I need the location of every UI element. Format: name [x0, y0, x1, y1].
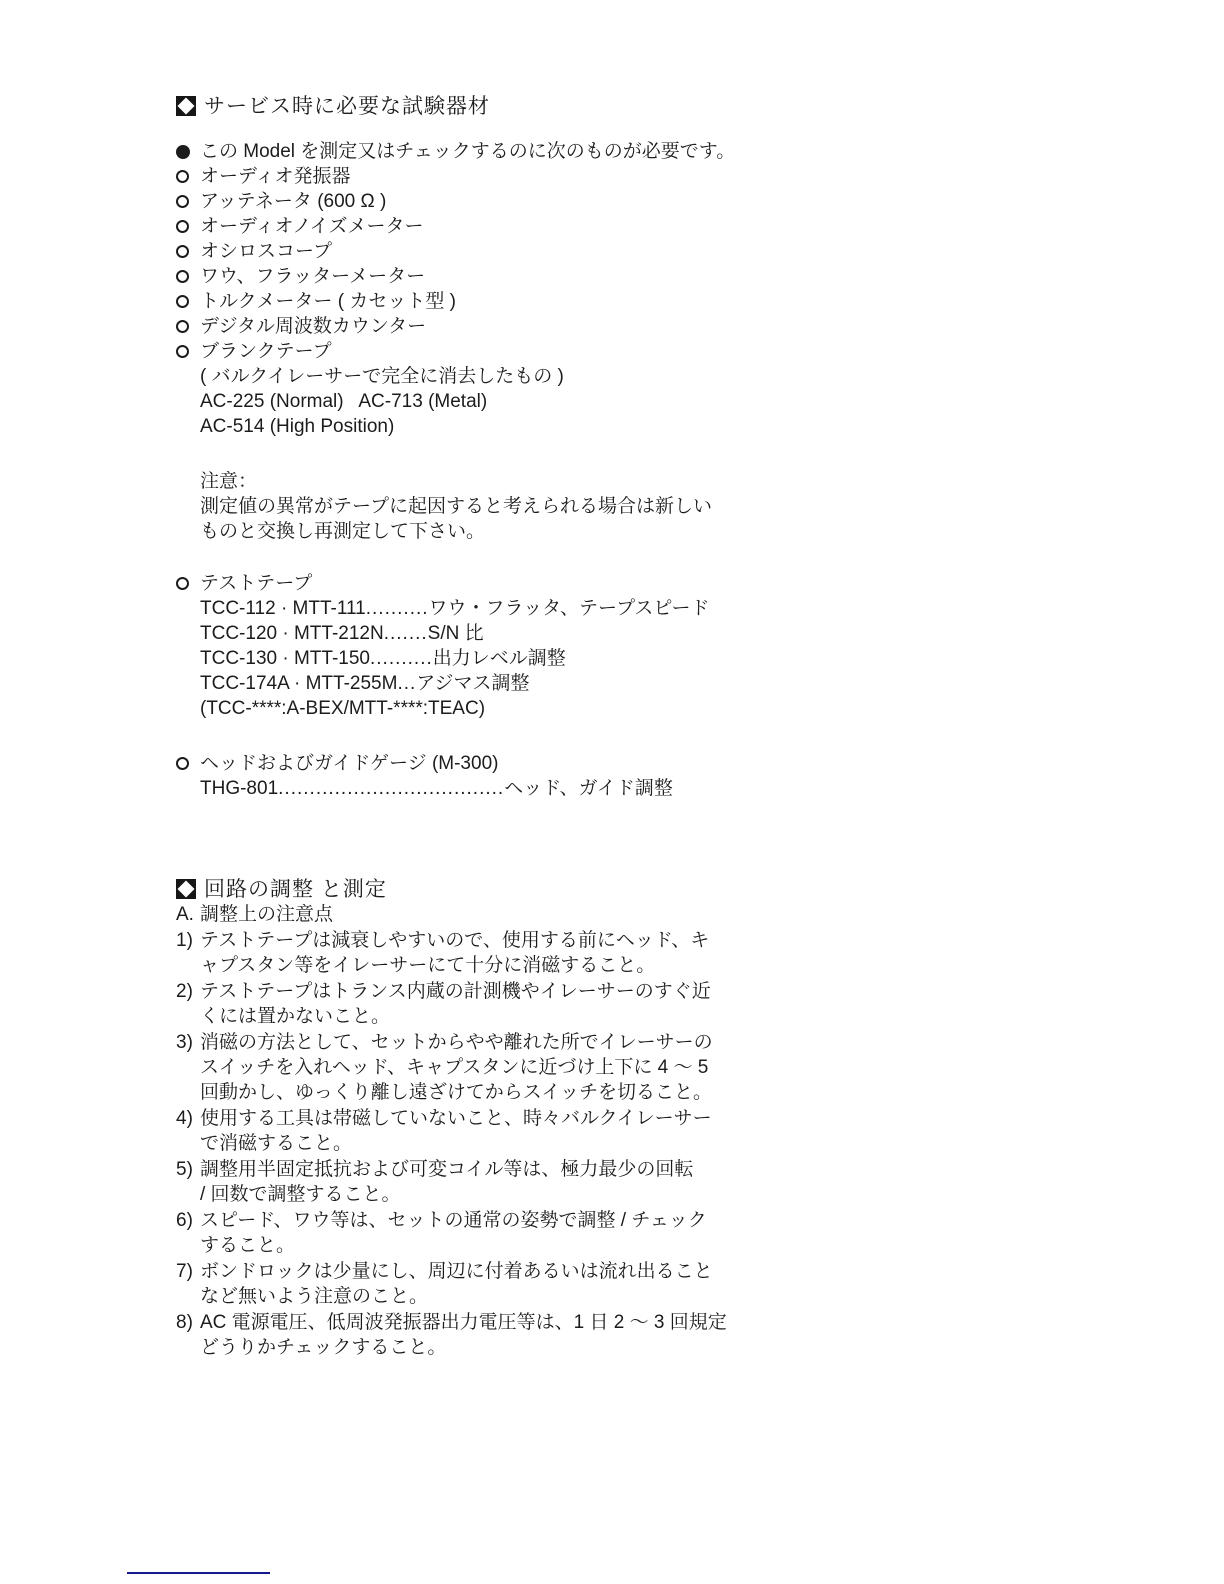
equipment-item-label: デジタル周波数カウンター: [200, 314, 426, 339]
note-number: 7): [176, 1259, 200, 1284]
subheading-letter: A.: [176, 902, 200, 927]
tape-model: TCC-130 · MTT-150: [200, 648, 370, 669]
note-line: すること。: [200, 1233, 707, 1258]
note-line: 消磁の方法として、セットからやや離れた所でイレーサーの: [200, 1030, 713, 1055]
equipment-item-label: ブランクテープ: [200, 339, 332, 364]
note-number: 8): [176, 1310, 200, 1335]
tape-model: TCC-112 · MTT-111: [200, 598, 366, 619]
note-item: 2) テストテープはトランス内蔵の計測機やイレーサーのすぐ近 くには置かないこと…: [176, 979, 716, 1029]
note-line: / 回数で調整すること。: [200, 1182, 693, 1207]
footer-divider-rule: [127, 1572, 270, 1574]
note-line: くには置かないこと。: [200, 1004, 711, 1029]
equipment-item-label: オーディオ発振器: [200, 164, 350, 189]
open-circle-bullet: [176, 757, 189, 770]
section-title: 回路の調整 と測定: [204, 877, 387, 902]
note-item: 3) 消磁の方法として、セットからやや離れた所でイレーサーの スイッチを入れヘッ…: [176, 1030, 716, 1105]
note-line: で消磁すること。: [200, 1131, 712, 1156]
equipment-item: ワウ、フラッターメーター: [176, 264, 716, 289]
leader-dots: .......: [384, 623, 428, 644]
tape-model: TCC-174A · MTT-255M: [200, 673, 397, 694]
equipment-item: ブランクテープ: [176, 339, 716, 364]
note-number: 5): [176, 1157, 200, 1182]
test-tape-group: テストテープ TCC-112 · MTT-111..........ワウ・フラッ…: [176, 571, 716, 721]
note-line: スピード、ワウ等は、セットの通常の姿勢で調整 / チェック: [200, 1208, 707, 1233]
note-line: ボンドロックは少量にし、周辺に付着あるいは流れ出ること: [200, 1259, 713, 1284]
document-page: サービス時に必要な試験器材 この Model を測定又はチェックするのに次のもの…: [176, 94, 716, 1360]
open-circle-bullet: [176, 295, 189, 308]
equipment-item: オシロスコープ: [176, 239, 716, 264]
diamond-square-icon: [176, 879, 196, 899]
equipment-item-label: オーディオノイズメーター: [200, 214, 423, 239]
blank-tape-types-2: AC-514 (High Position): [200, 414, 716, 439]
open-circle-bullet: [176, 170, 189, 183]
subheading-text: 調整上の注意点: [200, 902, 333, 927]
test-tape-row: TCC-120 · MTT-212N.......S/N 比: [200, 621, 716, 646]
equipment-item: アッテネータ (600 Ω ): [176, 189, 716, 214]
caution-note: 注意： 測定値の異常がテープに起因すると考えられる場合は新しい ものと交換し再測…: [200, 469, 716, 544]
leader-dots: ...: [397, 673, 416, 694]
diamond-square-icon: [176, 96, 196, 116]
head-gauge-row: THG-801.................................…: [200, 776, 716, 801]
section-title: サービス時に必要な試験器材: [204, 94, 490, 119]
tape-purpose: アジマス調整: [416, 673, 529, 694]
note-number: 2): [176, 979, 200, 1004]
blank-tape-details: ( バルクイレーサーで完全に消去したもの ) AC-225 (Normal) A…: [200, 364, 716, 439]
adjustment-section: 回路の調整 と測定 A. 調整上の注意点 1) テストテープは減衰しやすいので、…: [176, 877, 716, 1360]
note-item: 8) AC 電源電圧、低周波発振器出力電圧等は、1 日 2 〜 3 回規定 どう…: [176, 1310, 716, 1360]
equipment-item: デジタル周波数カウンター: [176, 314, 716, 339]
caution-label: 注意：: [200, 469, 716, 494]
equipment-section: サービス時に必要な試験器材 この Model を測定又はチェックするのに次のもの…: [176, 94, 716, 801]
test-tape-note: (TCC-****:A-BEX/MTT-****:TEAC): [200, 696, 716, 721]
head-gauge-item: ヘッドおよびガイドゲージ (M-300): [176, 751, 716, 776]
equipment-item: オーディオ発振器: [176, 164, 716, 189]
note-line: 調整用半固定抵抗および可変コイル等は、極力最少の回転: [200, 1157, 693, 1182]
note-line: 回動かし、ゆっくり離し遠ざけてからスイッチを切ること。: [200, 1080, 713, 1105]
subheading-row: A. 調整上の注意点: [176, 902, 716, 927]
intro-line: この Model を測定又はチェックするのに次のものが必要です。: [176, 139, 716, 164]
notes-list: 1) テストテープは減衰しやすいので、使用する前にヘッド、キ ャプスタン等をイレ…: [176, 928, 716, 1360]
blank-tape-types-1: AC-225 (Normal) AC-713 (Metal): [200, 389, 716, 414]
open-circle-bullet: [176, 320, 189, 333]
leader-dots: ..........: [366, 598, 429, 619]
equipment-item: オーディオノイズメーター: [176, 214, 716, 239]
section-heading-adjustment: 回路の調整 と測定: [176, 877, 716, 902]
head-gauge-label: ヘッドおよびガイドゲージ (M-300): [200, 751, 498, 776]
tape-purpose: S/N 比: [428, 623, 484, 644]
caution-line: 測定値の異常がテープに起因すると考えられる場合は新しい: [200, 494, 716, 519]
note-item: 5) 調整用半固定抵抗および可変コイル等は、極力最少の回転 / 回数で調整するこ…: [176, 1157, 716, 1207]
test-tape-row: TCC-174A · MTT-255M...アジマス調整: [200, 671, 716, 696]
note-line: どうりかチェックすること。: [200, 1335, 727, 1360]
tape-purpose: 出力レベル調整: [433, 648, 566, 669]
section-heading-equipment: サービス時に必要な試験器材: [176, 94, 716, 119]
note-line: AC 電源電圧、低周波発振器出力電圧等は、1 日 2 〜 3 回規定: [200, 1310, 727, 1335]
intro-text: この Model を測定又はチェックするのに次のものが必要です。: [200, 139, 735, 164]
open-circle-bullet: [176, 270, 189, 283]
open-circle-bullet: [176, 345, 189, 358]
caution-line: ものと交換し再測定して下さい。: [200, 519, 716, 544]
note-line: テストテープはトランス内蔵の計測機やイレーサーのすぐ近: [200, 979, 711, 1004]
gauge-purpose: ヘッド、ガイド調整: [504, 778, 673, 799]
note-item: 1) テストテープは減衰しやすいので、使用する前にヘッド、キ ャプスタン等をイレ…: [176, 928, 716, 978]
note-line: など無いよう注意のこと。: [200, 1284, 713, 1309]
note-item: 6) スピード、ワウ等は、セットの通常の姿勢で調整 / チェック すること。: [176, 1208, 716, 1258]
note-item: 7) ボンドロックは少量にし、周辺に付着あるいは流れ出ること など無いよう注意の…: [176, 1259, 716, 1309]
note-line: 使用する工具は帯磁していないこと、時々バルクイレーサー: [200, 1106, 712, 1131]
test-tape-row: TCC-130 · MTT-150..........出力レベル調整: [200, 646, 716, 671]
equipment-list: オーディオ発振器 アッテネータ (600 Ω ) オーディオノイズメーター オシ…: [176, 164, 716, 364]
note-line: ャプスタン等をイレーサーにて十分に消磁すること。: [200, 953, 709, 978]
note-number: 6): [176, 1208, 200, 1233]
tape-model: TCC-120 · MTT-212N: [200, 623, 384, 644]
equipment-item-label: オシロスコープ: [200, 239, 332, 264]
test-tape-row: TCC-112 · MTT-111..........ワウ・フラッタ、テープスピ…: [200, 596, 716, 621]
gauge-model: THG-801: [200, 778, 278, 799]
open-circle-bullet: [176, 577, 189, 590]
equipment-item-label: アッテネータ (600 Ω ): [200, 189, 386, 214]
leader-dots: ....................................: [278, 778, 504, 799]
open-circle-bullet: [176, 245, 189, 258]
equipment-item-label: トルクメーター ( カセット型 ): [200, 289, 456, 314]
note-number: 4): [176, 1106, 200, 1131]
note-item: 4) 使用する工具は帯磁していないこと、時々バルクイレーサー で消磁すること。: [176, 1106, 716, 1156]
test-tape-label: テストテープ: [200, 571, 312, 596]
open-circle-bullet: [176, 220, 189, 233]
blank-tape-note: ( バルクイレーサーで完全に消去したもの ): [200, 364, 716, 389]
equipment-item: トルクメーター ( カセット型 ): [176, 289, 716, 314]
test-tape-item: テストテープ: [176, 571, 716, 596]
note-number: 1): [176, 928, 200, 953]
test-tape-rows: TCC-112 · MTT-111..........ワウ・フラッタ、テープスピ…: [200, 596, 716, 721]
note-line: テストテープは減衰しやすいので、使用する前にヘッド、キ: [200, 928, 709, 953]
leader-dots: ..........: [370, 648, 433, 669]
open-circle-bullet: [176, 195, 189, 208]
tape-purpose: ワウ・フラッタ、テープスピード: [429, 598, 710, 619]
note-line: スイッチを入れヘッド、キャプスタンに近づけ上下に 4 〜 5: [200, 1055, 713, 1080]
filled-circle-bullet: [176, 145, 190, 159]
head-gauge-group: ヘッドおよびガイドゲージ (M-300) THG-801............…: [176, 751, 716, 801]
equipment-item-label: ワウ、フラッターメーター: [200, 264, 425, 289]
note-number: 3): [176, 1030, 200, 1055]
